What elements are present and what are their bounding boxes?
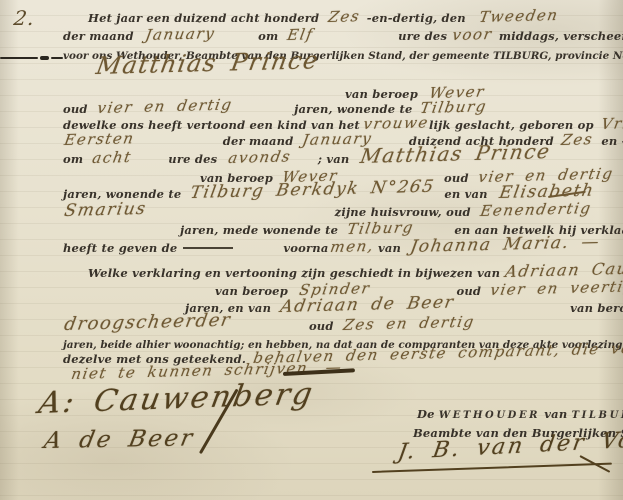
signature-cauwenberg: A: Cauwenberg [36, 376, 317, 421]
printed-form-text: van beroep [570, 301, 623, 315]
handwritten-entry: January [144, 25, 217, 44]
handwritten-entry: Adriaan Cauwenberg [504, 258, 623, 280]
printed-form-text: oud [456, 284, 481, 298]
official-title-line: De Wethouder van Tilburg, [417, 404, 623, 424]
handwritten-entry: Eersten [63, 130, 136, 149]
handwritten-entry: Smarius [63, 201, 148, 220]
signature-de-beer: A de Beer [42, 425, 197, 454]
ink-stroke [0, 57, 38, 59]
printed-form-text: Het jaar een duizend acht honderd [88, 11, 319, 25]
handwritten-entry: Matthias Prince [95, 52, 320, 75]
printed-form-text: De [417, 407, 439, 421]
act-text-line: Smariuszijne huisvrouw, oudEenendertig [63, 202, 589, 221]
act-text-line: omachture desavonds; vanMatthias Prince [63, 148, 549, 168]
act-text-line: droogscheerderoudZes en dertig [63, 316, 472, 335]
handwritten-entry: Zes en dertig [342, 314, 476, 334]
printed-form-text: middags, verscheen [499, 29, 623, 43]
document-scan: 2. Het jaar een duizend acht honderdZes-… [0, 0, 623, 500]
printed-form-text: oud [63, 102, 88, 116]
handwritten-entry: vier en veertig [489, 278, 623, 299]
handwritten-entry: Tilburg Berkdyk N°265 [189, 179, 436, 202]
handwritten-entry: voor [451, 26, 494, 44]
handwritten-entry: avonds [227, 148, 293, 167]
act-text-line: heeft te geven devoornamen,vanJohanna Ma… [63, 238, 598, 257]
handwritten-entry: Tweeden [478, 7, 560, 26]
printed-form-text: van beroep [215, 284, 288, 298]
handwritten-entry: men, [329, 238, 376, 256]
handwritten-entry: Zes [560, 131, 595, 149]
handwritten-entry: Adriaan de Beer [279, 294, 456, 316]
printed-form-text: en - dertig, [601, 134, 623, 148]
printed-form-text: Tilburg [493, 50, 548, 62]
handwritten-entry: acht [91, 149, 133, 167]
handwritten-entry: Johanna Maria. — [409, 234, 601, 256]
handwritten-entry: droogscheerder [63, 312, 233, 333]
printed-form-text: ; van [318, 152, 350, 166]
printed-form-text: Tilburg [572, 410, 623, 421]
handwritten-entry: Matthias Prince [359, 143, 552, 165]
printed-form-text: en van [444, 187, 487, 201]
printed-form-text: om [258, 29, 278, 43]
ink-stroke [51, 57, 63, 59]
printed-form-text: voorna [283, 241, 328, 255]
inline-fill-rule [183, 247, 233, 249]
printed-form-text: ure des [168, 152, 217, 166]
printed-form-text: van [378, 241, 401, 255]
printed-form-text: oud [309, 319, 334, 333]
act-text-line: der maandJanuaryomElfure desvoormiddags,… [63, 26, 623, 45]
act-text-line: Matthias Prince [95, 58, 316, 77]
printed-form-text: der maand [223, 134, 294, 148]
act-margin-number: 2. [12, 6, 36, 30]
printed-form-text: jaren, mede wonende te [180, 223, 338, 237]
handwritten-entry: Eenendertig [479, 200, 593, 220]
printed-form-text: der maand [63, 29, 134, 43]
printed-form-text: oud [444, 171, 469, 185]
handwritten-entry: vier en dertig [96, 96, 234, 117]
handwritten-entry: Tilburg [346, 219, 415, 238]
printed-form-text: heeft te geven de [63, 241, 177, 255]
handwritten-entry: Zes [327, 8, 362, 26]
printed-form-text: Wethouder [439, 410, 540, 421]
printed-form-text: zijne huisvrouw, oud [335, 205, 471, 219]
printed-form-text: -en-dertig, den [367, 11, 466, 25]
handwritten-entry: Elf [286, 26, 315, 44]
printed-form-text: van [540, 407, 572, 421]
printed-form-text: ure des [398, 29, 447, 43]
printed-form-text: , provincie Noord - Braband, [548, 50, 623, 62]
ink-stroke [40, 56, 49, 60]
printed-form-text: Welke verklaring en vertooning zijn gesc… [88, 266, 500, 280]
printed-form-text: om [63, 152, 83, 166]
